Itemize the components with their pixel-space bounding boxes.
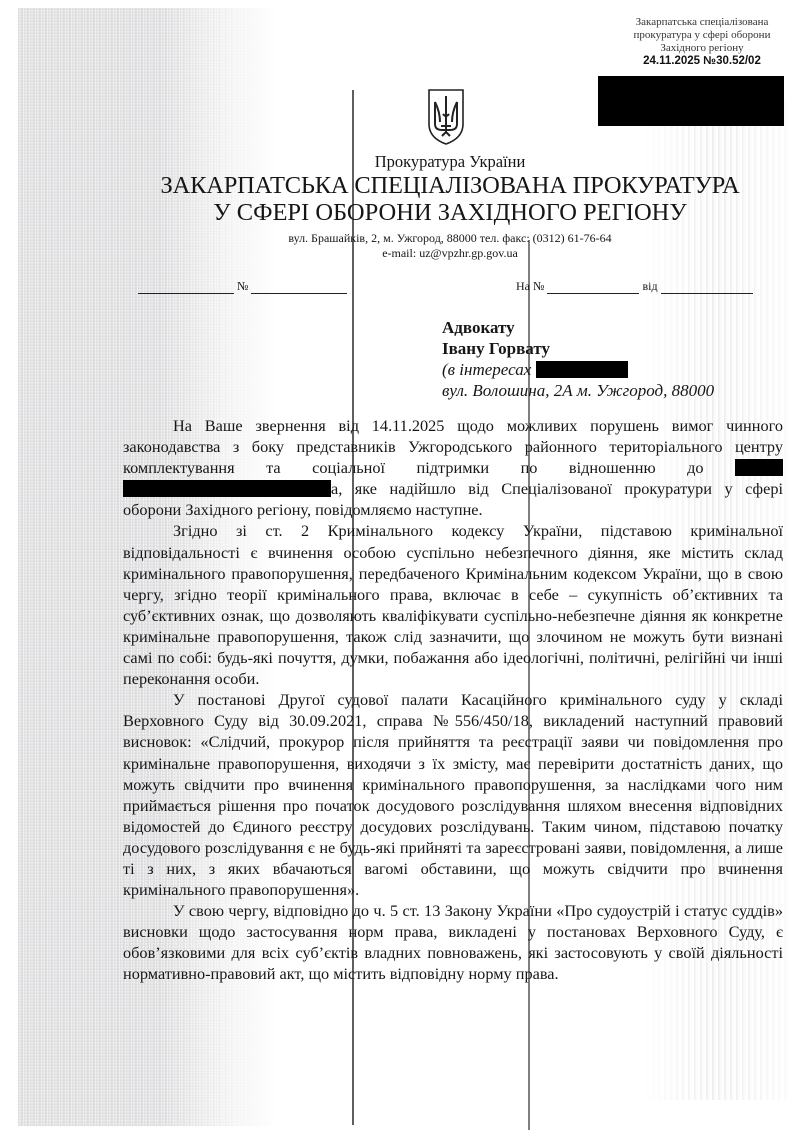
- redaction-block: [735, 459, 783, 476]
- blank-field: [547, 281, 639, 294]
- interests-prefix: (в інтересах: [442, 360, 531, 379]
- redaction-block: [123, 480, 331, 497]
- organization-subtitle: У СФЕРІ ОБОРОНИ ЗАХІДНОГО РЕГІОНУ: [150, 199, 750, 227]
- addressee-interests: (в інтересах: [442, 359, 714, 380]
- redaction-block: [598, 76, 784, 126]
- blank-field: [138, 281, 234, 294]
- agency-name: Прокуратура України: [150, 152, 750, 172]
- reply-to-label: На №: [516, 279, 544, 293]
- stamp-line: Західного регіону: [612, 42, 792, 55]
- number-label: №: [237, 279, 248, 293]
- organization-email: e-mail: uz@vpzhr.gp.gov.ua: [150, 246, 750, 261]
- date-label: від: [642, 279, 657, 293]
- paragraph: На Ваше звернення від 14.11.2025 щодо мо…: [123, 415, 783, 520]
- addressee-title: Адвокату: [442, 317, 714, 338]
- reply-reference-line: На № від: [516, 279, 753, 294]
- outgoing-number-line: №: [138, 279, 347, 294]
- organization-title: ЗАКАРПАТСЬКА СПЕЦІАЛІЗОВАНА ПРОКУРАТУРА: [150, 172, 750, 200]
- letter-body: На Ваше звернення від 14.11.2025 щодо мо…: [123, 415, 783, 985]
- addressee-name: Івану Горвату: [442, 338, 714, 359]
- paragraph: Згідно зі ст. 2 Кримінального кодексу Ук…: [123, 520, 783, 689]
- outgoing-number: 24.11.2025 №30.52/02: [612, 55, 792, 68]
- blank-field: [661, 281, 753, 294]
- blank-field: [251, 281, 347, 294]
- registry-stamp: Закарпатська спеціалізована прокуратура …: [612, 16, 792, 68]
- paragraph: У постанові Другої судової палати Касаці…: [123, 689, 783, 900]
- organization-address: вул. Брашайків, 2, м. Ужгород, 88000 тел…: [150, 231, 750, 246]
- addressee-address: вул. Волошина, 2А м. Ужгород, 88000: [442, 380, 714, 401]
- addressee-block: Адвокату Івану Горвату (в інтересах вул.…: [442, 317, 714, 401]
- trident-emblem-icon: [426, 88, 466, 146]
- stamp-line: Закарпатська спеціалізована: [612, 16, 792, 29]
- redaction-block: [536, 361, 628, 378]
- paragraph-text: На Ваше звернення від 14.11.2025 щодо мо…: [123, 416, 783, 477]
- paragraph: У свою чергу, відповідно до ч. 5 ст. 13 …: [123, 900, 783, 984]
- stamp-line: прокуратура у сфері оборони: [612, 29, 792, 42]
